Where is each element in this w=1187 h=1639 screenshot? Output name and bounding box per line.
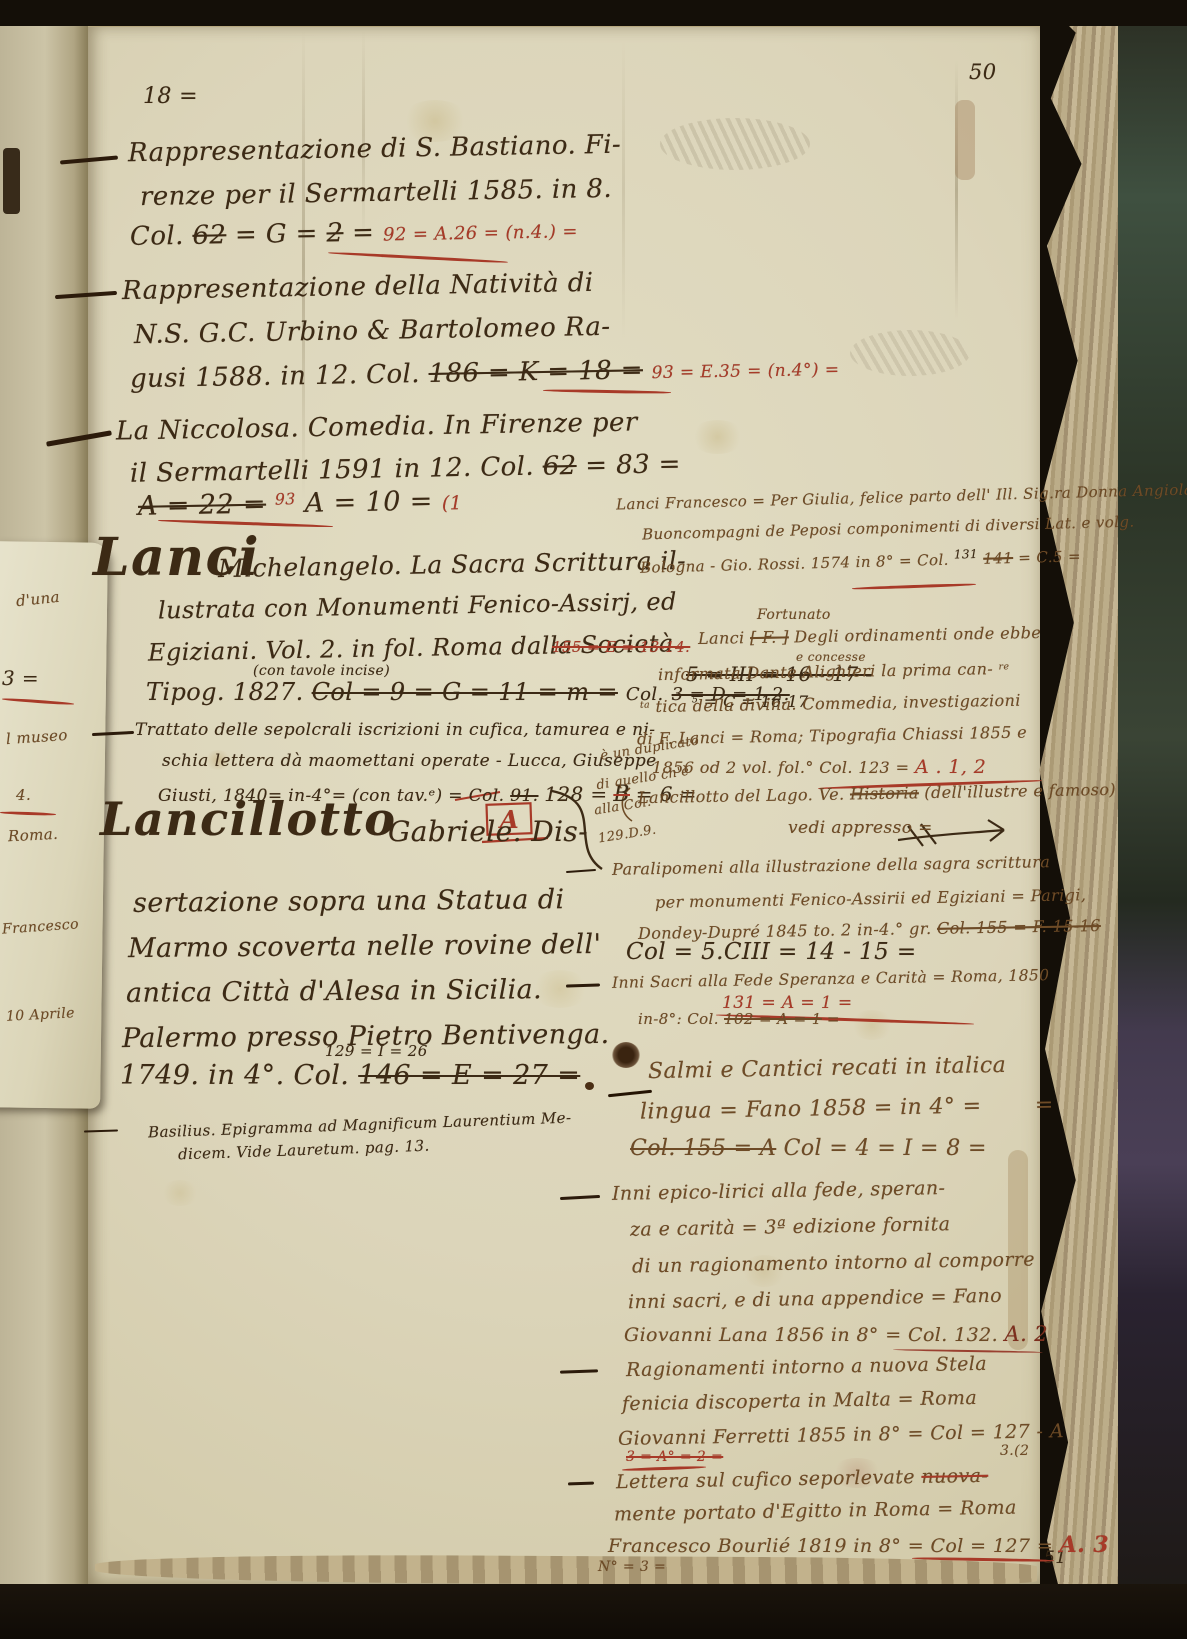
title-struck: Historia — [850, 783, 919, 803]
entry-bastiano-line2: renze per il Sermartelli 1585. in 8. — [140, 176, 612, 210]
imprint: Francesco Bourlié 1819 in 8° = Col = 127… — [608, 1535, 1053, 1557]
fragment-line: 10 Aprile — [6, 1006, 76, 1024]
col-ref-red: (1 — [442, 492, 463, 514]
col-ref-sup: 131 — [954, 547, 978, 562]
entry-trattato-line1: Trattato delle sepolcrali iscrizioni in … — [135, 722, 655, 739]
folio-number-top: 50 — [969, 62, 997, 83]
author-struck: [ F. ] — [750, 627, 789, 647]
manuscript-photo: 18 = 50 51 Rappresentazione di S. Bastia… — [0, 0, 1187, 1639]
col-ref-struck: A = 22 = — [138, 489, 267, 522]
col-ref: = G = — [235, 219, 318, 250]
entry-trattato-line2: schia lettera dà maomettani operate - Lu… — [162, 753, 657, 770]
fragment-line: l museo — [6, 728, 69, 747]
col-ref-red: A . 1, 2 — [915, 756, 986, 778]
entry-lanci-note: (con tavole incise) — [253, 664, 390, 678]
entry-niccolosa-line3: A = 22 = 93 A = 10 = (1 — [138, 487, 463, 520]
entry-lancillotto-line4: antica Città d'Alesa in Sicilia. — [126, 976, 542, 1007]
col-ref-struck: 141 — [983, 549, 1013, 568]
series-number: 18 = — [143, 86, 198, 108]
entry-fortunato-label: Fortunato — [757, 608, 831, 622]
entry-ragionamenti-subnote: 3.(2 — [1000, 1444, 1029, 1458]
fragment-line: Roma. — [8, 827, 59, 845]
ink-blot-dark — [612, 1042, 640, 1068]
fragment-line: 3 = — [2, 668, 39, 688]
entry-lettera-line4: N° = 3 = — [598, 1560, 666, 1574]
col-ref-struck: 91. — [510, 786, 538, 806]
title: Lancillotto del Lago. Ve. — [638, 785, 845, 808]
imprint-end: = — [1035, 1092, 1054, 1117]
col-ref: = — [827, 1010, 840, 1028]
col-ref-struck: Col. 155 = A — [630, 1136, 776, 1161]
entry-salmi-line3: Col. 155 = A Col = 4 = I = 8 = — [630, 1138, 987, 1160]
col-ref-struck: 102 = A = 1 — [724, 1010, 822, 1028]
title: (dell'illustre e famoso) — [924, 780, 1116, 802]
imprint: 1749. in 4°. Col. — [120, 1060, 349, 1091]
entry-lanci-line1: Michelangelo. La Sacra Scrittura il- — [218, 548, 686, 581]
col-ref: = 83 = — [585, 449, 681, 481]
entry-lancillotto-line3: Marmo scoverta nelle rovine dell' — [128, 931, 602, 962]
insert-sup: ta — [640, 700, 650, 711]
col-ref: = C.5 = — [1018, 547, 1081, 567]
col-ref: A = 10 = — [304, 486, 433, 519]
entry-lettera-line3: Francesco Bourlié 1819 in 8° = Col = 127… — [608, 1534, 1109, 1556]
col-ref: Col = 4 = I = 8 = — [784, 1136, 987, 1161]
entry-lancillotto-supref: 129 = I = 26 — [325, 1044, 428, 1059]
ink-dot — [585, 1082, 594, 1090]
heading-lancillotto: Lancillotto — [100, 796, 396, 842]
annotation-red-struck: 155 = E = 13-14. — [552, 640, 690, 655]
col-ref-red-sup: 93 — [275, 489, 296, 508]
col-ref-struck: Col. 155 = F. 15-16 — [937, 916, 1101, 938]
col-ref-struck: 186 = K = 18 = — [428, 355, 643, 389]
entry-paralipomeni-line4: Col = 5.CIII = 14 - 15 = — [626, 941, 917, 964]
col-ref-struck: 62 — [192, 220, 226, 251]
entry-epico-line5: Giovanni Lana 1856 in 8° = Col. 132. A. … — [624, 1324, 1048, 1345]
entry-fortunato-line5: 1856 od 2 vol. fol.° Col. 123 = A . 1, 2 — [652, 758, 986, 777]
entry-lago-line2: vedi appresso = — [788, 820, 933, 837]
imprint: in-8°: Col. — [638, 1010, 719, 1028]
col-ref-struck: 2 — [326, 218, 343, 248]
col-ref: gusi 1588. in 12. Col. — [130, 359, 420, 394]
insert-sup: re — [999, 661, 1010, 672]
fragment-line: 4. — [16, 788, 31, 803]
entry-ragionamenti-subred: 3 = A° = 2 = — [626, 1450, 723, 1464]
col-ref-struck: 146 = E = 27 = — [358, 1060, 580, 1091]
col-ref-struck: 62 — [542, 451, 576, 482]
col-ref: = — [352, 218, 375, 248]
entry-lancillotto-head2: Gabriele. Dis- — [388, 818, 588, 846]
imprint: 1856 od 2 vol. fol.° Col. 123 = — [652, 758, 909, 777]
entry-lancillotto-line6: 1749. in 4°. Col. 146 = E = 27 = — [120, 1062, 580, 1089]
entry-lancillotto-line2: sertazione sopra una Statua di — [133, 886, 565, 917]
col-ref-red: A. 3 — [1060, 1532, 1109, 1558]
col-ref-red: A. 2 — [1005, 1322, 1048, 1346]
author: Lanci — [698, 628, 745, 648]
title-struck-red: nuova- — [921, 1465, 988, 1488]
col-ref: Col. — [130, 221, 184, 252]
entry-nativita-line1: Rappresentazione della Natività di — [122, 270, 594, 304]
fragment-line: d'una — [15, 590, 60, 610]
col-ref-struck: Col = 9 = G = 11 = m = — [312, 678, 618, 706]
col-ref-red: 93 = E.35 = (n.4°) = — [651, 360, 839, 383]
entry-nativita-line2: N.S. G.C. Urbino & Bartolomeo Ra- — [134, 314, 611, 348]
col-ref-red: 92 = A.26 = (n.4.) = — [383, 221, 578, 245]
entry-innisacri-line3: in-8°: Col. 102 = A = 1 = — [638, 1012, 840, 1027]
imprint: Tipog. 1827. — [146, 678, 304, 706]
imprint: Giovanni Lana 1856 in 8° = Col. 132. — [624, 1324, 998, 1346]
